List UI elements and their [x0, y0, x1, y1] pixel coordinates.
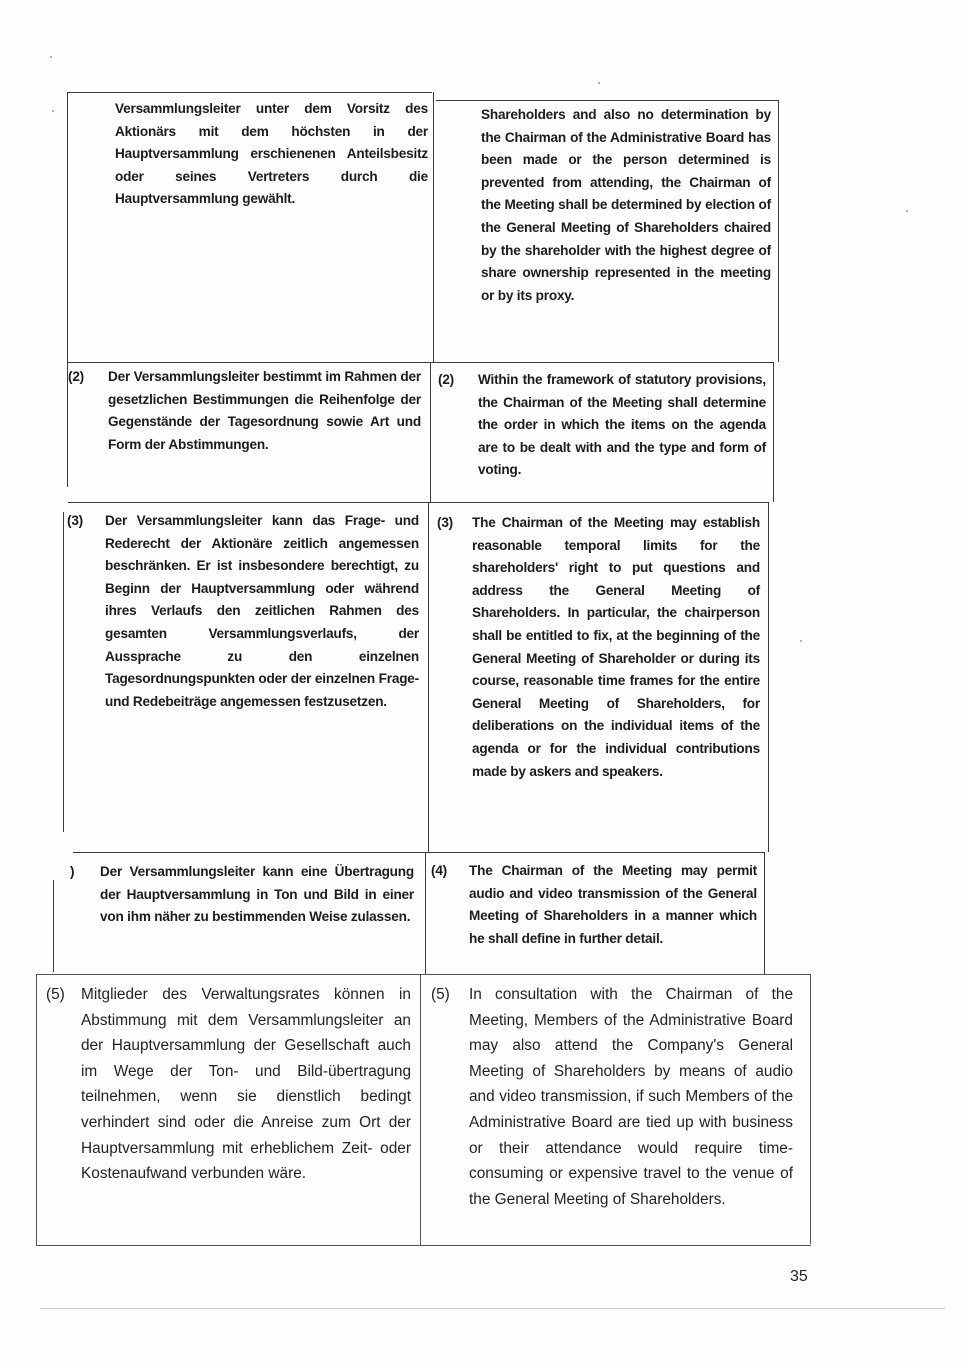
scan-speck — [50, 56, 52, 58]
row-1-german-text: Versammlungsleiter unter dem Vorsitz des… — [115, 98, 428, 211]
scan-speck — [52, 110, 54, 112]
table-border — [768, 502, 769, 852]
clause-number: (2) — [438, 369, 454, 392]
table-border — [53, 880, 54, 972]
table-border — [36, 1245, 811, 1246]
row-2-german-text: Der Versammlungsleiter bestimmt im Rahme… — [108, 366, 421, 456]
table-border — [36, 974, 37, 1246]
page-number: 35 — [790, 1268, 808, 1286]
row-2-english-text: Within the framework of statutory provis… — [478, 369, 766, 482]
clause-number: ) — [70, 861, 74, 884]
scan-speck — [800, 640, 802, 642]
footer-rule — [40, 1308, 945, 1309]
document-page: Versammlungsleiter unter dem Vorsitz des… — [0, 0, 965, 1365]
table-border — [433, 92, 434, 362]
table-border — [428, 502, 429, 852]
table-border — [436, 100, 779, 101]
table-border — [430, 362, 431, 502]
row-3-german-text: Der Versammlungsleiter kann das Frage- u… — [105, 510, 419, 713]
row-3-english-text: The Chairman of the Meeting may establis… — [472, 512, 760, 783]
scan-speck — [598, 82, 600, 84]
table-border — [67, 92, 68, 487]
row-4-german-text: Der Versammlungsleiter kann eine Übertra… — [100, 861, 414, 929]
row-divider — [73, 852, 765, 853]
row-1-english-text: Shareholders and also no determination b… — [481, 104, 771, 307]
clause-number: (5) — [46, 982, 65, 1008]
clause-number: (4) — [431, 860, 447, 883]
table-border — [778, 100, 779, 362]
table-border — [63, 512, 64, 832]
clause-number: (3) — [67, 510, 83, 533]
table-border — [67, 92, 432, 93]
clause-number: (5) — [431, 982, 450, 1008]
scan-speck — [906, 210, 908, 212]
table-border — [810, 974, 811, 1244]
row-5-english-text: In consultation with the Chairman of the… — [469, 982, 793, 1212]
clause-number: (3) — [437, 512, 453, 535]
row-5-german-text: Mitglieder des Verwaltungsrates können i… — [81, 982, 411, 1187]
table-border — [420, 974, 421, 1246]
row-divider — [68, 502, 768, 503]
table-border — [36, 974, 426, 975]
row-4-english-text: The Chairman of the Meeting may permit a… — [469, 860, 757, 950]
table-border — [764, 852, 765, 975]
row-divider — [68, 362, 774, 363]
clause-number: (2) — [68, 366, 84, 389]
table-border — [425, 852, 426, 974]
table-border — [773, 362, 774, 502]
table-border — [426, 974, 810, 975]
